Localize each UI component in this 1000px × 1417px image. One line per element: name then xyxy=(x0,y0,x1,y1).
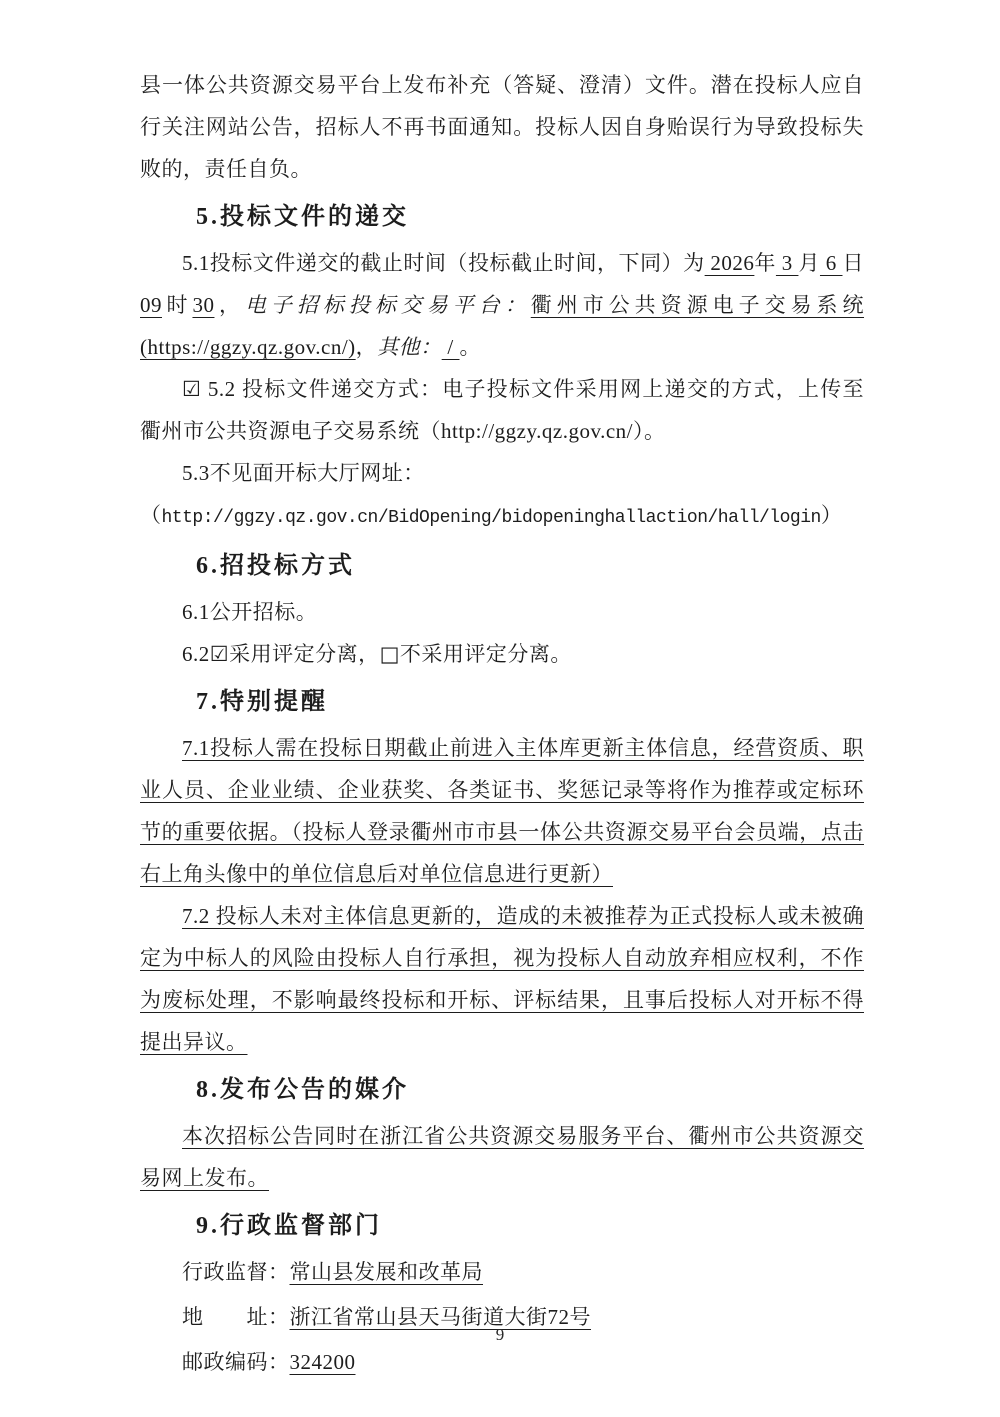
text-run: 月 xyxy=(798,251,820,275)
text-run: 3 xyxy=(776,251,799,275)
checkbox-checked-icon: ☑ xyxy=(210,642,229,666)
text-run: 6.招投标方式 xyxy=(196,553,355,579)
paragraph: 本次招标公告同时在浙江省公共资源交易服务平台、衢州市公共资源交易网上发布。 xyxy=(140,1115,864,1199)
text-run: ） xyxy=(821,503,843,527)
paragraph: 7.2 投标人未对主体信息更新的，造成的未被推荐为正式投标人或未被确定为中标人的… xyxy=(140,895,864,1063)
text-run: 5.投标文件的递交 xyxy=(196,204,409,230)
text-run: 5.3不见面开标大厅网址： xyxy=(182,461,425,485)
text-run: 行政监督： xyxy=(182,1260,290,1284)
paragraph: 7.1投标人需在投标日期截止前进入主体库更新主体信息，经营资质、职业人员、企业业… xyxy=(140,727,864,895)
text-run: 县一体公共资源交易平台上发布补充（答疑、澄清）文件。潜在投标人应自行关注网站公告… xyxy=(140,73,864,181)
text-run: 9.行政监督部门 xyxy=(196,1213,382,1239)
text-run: 采用评定分离， xyxy=(229,642,380,666)
paragraph: （http://ggzy.qz.gov.cn/BidOpening/bidope… xyxy=(140,494,864,539)
page-number: 9 xyxy=(0,1325,1000,1345)
text-run: 6.2 xyxy=(182,642,210,666)
text-run: 日 xyxy=(843,251,865,275)
text-run: 6 xyxy=(820,251,843,275)
text-run: 5.1投标文件递交的截止时间（投标截止时间，下同）为 xyxy=(182,251,705,275)
paragraph: 6.2☑采用评定分离，□不采用评定分离。 xyxy=(140,633,864,675)
text-run: 5.2 投标文件递交方式：电子投标文件采用网上递交的方式，上传至衢州市公共资源电… xyxy=(140,377,864,443)
checkbox-unchecked-icon: □ xyxy=(380,642,400,666)
section-heading: 9.行政监督部门 xyxy=(140,1209,864,1243)
text-run: 本次招标公告同时在浙江省公共资源交易服务平台、衢州市公共资源交易网上发布。 xyxy=(140,1124,864,1190)
text-run: 30 xyxy=(192,293,214,317)
text-run: 时 xyxy=(162,293,192,317)
text-run: ， xyxy=(356,335,378,359)
text-run: 电子招标投标交易平台： xyxy=(245,293,531,317)
text-run: / xyxy=(442,335,460,359)
text-run: 7.2 投标人未对主体信息更新的，造成的未被推荐为正式投标人或未被确定为中标人的… xyxy=(140,904,864,1054)
text-run: 常山县发展和改革局 xyxy=(290,1260,484,1284)
section-heading: 7.特别提醒 xyxy=(140,685,864,719)
document-page: 县一体公共资源交易平台上发布补充（答疑、澄清）文件。潜在投标人应自行关注网站公告… xyxy=(0,0,1000,1417)
paragraph: 县一体公共资源交易平台上发布补充（答疑、澄清）文件。潜在投标人应自行关注网站公告… xyxy=(140,64,864,190)
text-run: 09 xyxy=(140,293,162,317)
paragraph: 邮政编码：324200 xyxy=(140,1341,864,1383)
text-run: 邮政编码： xyxy=(182,1350,290,1374)
text-run: 年 xyxy=(754,251,776,275)
paragraph: 6.1公开招标。 xyxy=(140,591,864,633)
paragraph: ☑ 5.2 投标文件递交方式：电子投标文件采用网上递交的方式，上传至衢州市公共资… xyxy=(140,368,864,452)
section-heading: 8.发布公告的媒介 xyxy=(140,1073,864,1107)
paragraph: 5.3不见面开标大厅网址： xyxy=(140,452,864,494)
text-run: 7.特别提醒 xyxy=(196,689,328,715)
text-run: 6.1公开招标。 xyxy=(182,600,317,624)
checkbox-checked-icon: ☑ xyxy=(182,377,201,401)
text-run: 2026 xyxy=(705,251,755,275)
text-run: 不采用评定分离。 xyxy=(400,642,572,666)
text-run: ， xyxy=(214,293,244,317)
text-run: http://ggzy.qz.gov.cn/BidOpening/bidopen… xyxy=(162,508,821,528)
document-content: 县一体公共资源交易平台上发布补充（答疑、澄清）文件。潜在投标人应自行关注网站公告… xyxy=(140,64,864,1386)
section-heading: 5.投标文件的递交 xyxy=(140,200,864,234)
text-run: （ xyxy=(140,503,162,527)
text-run: 。 xyxy=(460,335,482,359)
paragraph: 行政监督：常山县发展和改革局 xyxy=(140,1251,864,1293)
text-run: 324200 xyxy=(290,1350,356,1374)
text-run: 其他： xyxy=(377,335,442,359)
paragraph: 5.1投标文件递交的截止时间（投标截止时间，下同）为 2026年 3 月 6 日… xyxy=(140,242,864,368)
text-run: 7.1投标人需在投标日期截止前进入主体库更新主体信息，经营资质、职业人员、企业业… xyxy=(140,736,864,886)
text-run: 8.发布公告的媒介 xyxy=(196,1077,409,1103)
section-heading: 6.招投标方式 xyxy=(140,549,864,583)
